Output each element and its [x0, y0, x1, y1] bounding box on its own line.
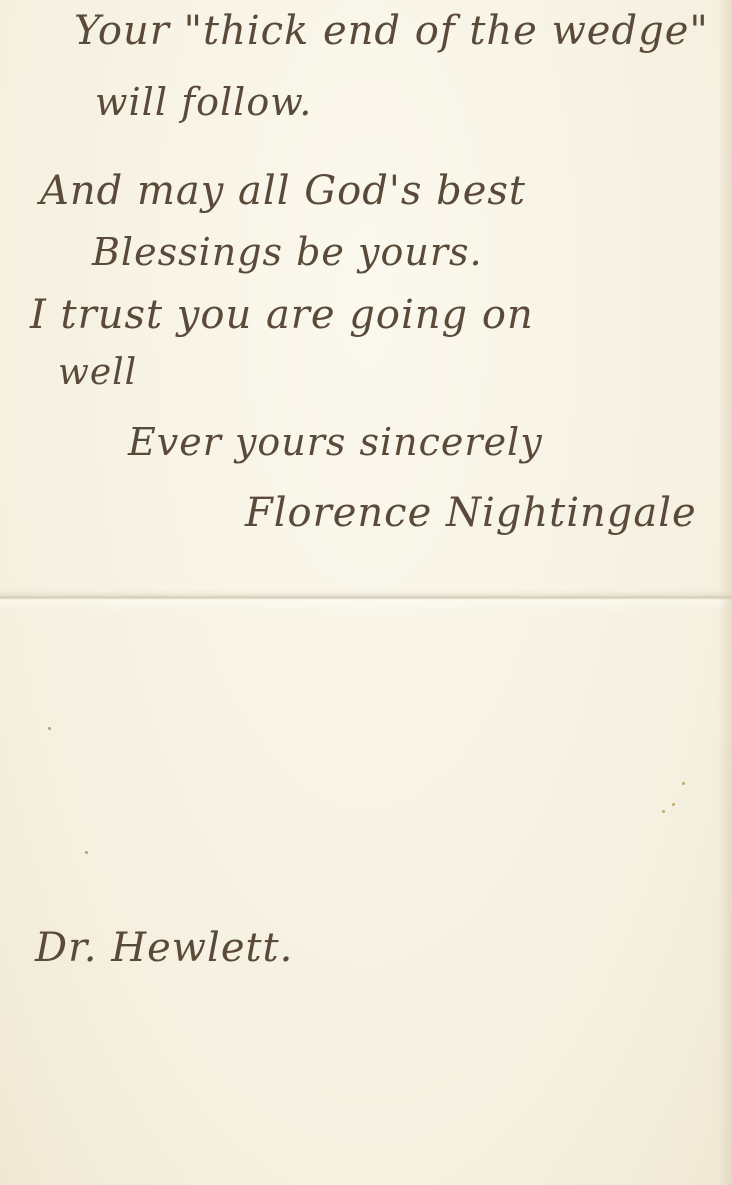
ink-speck: [682, 782, 685, 785]
letter-line-3: And may all God's best: [40, 168, 526, 214]
ink-speck: [672, 803, 675, 806]
ink-speck: [85, 851, 88, 854]
letter-page: Your "thick end of the wedge" will follo…: [0, 0, 732, 1185]
letter-line-4: Blessings be yours.: [92, 230, 483, 274]
letter-addressee: Dr. Hewlett.: [35, 925, 293, 971]
ink-speck: [662, 810, 665, 813]
paper-fold-line: [0, 596, 732, 599]
ink-speck: [48, 727, 51, 730]
bleed-through-text: [0, 610, 732, 1170]
letter-line-1: Your "thick end of the wedge": [74, 8, 709, 54]
letter-line-5: I trust you are going on: [30, 292, 534, 338]
letter-line-2: will follow.: [95, 80, 312, 124]
letter-line-6: well: [58, 352, 137, 393]
letter-signature: Florence Nightingale: [245, 490, 697, 536]
letter-closing: Ever yours sincerely: [128, 420, 543, 464]
paper-edge: [718, 0, 732, 1185]
